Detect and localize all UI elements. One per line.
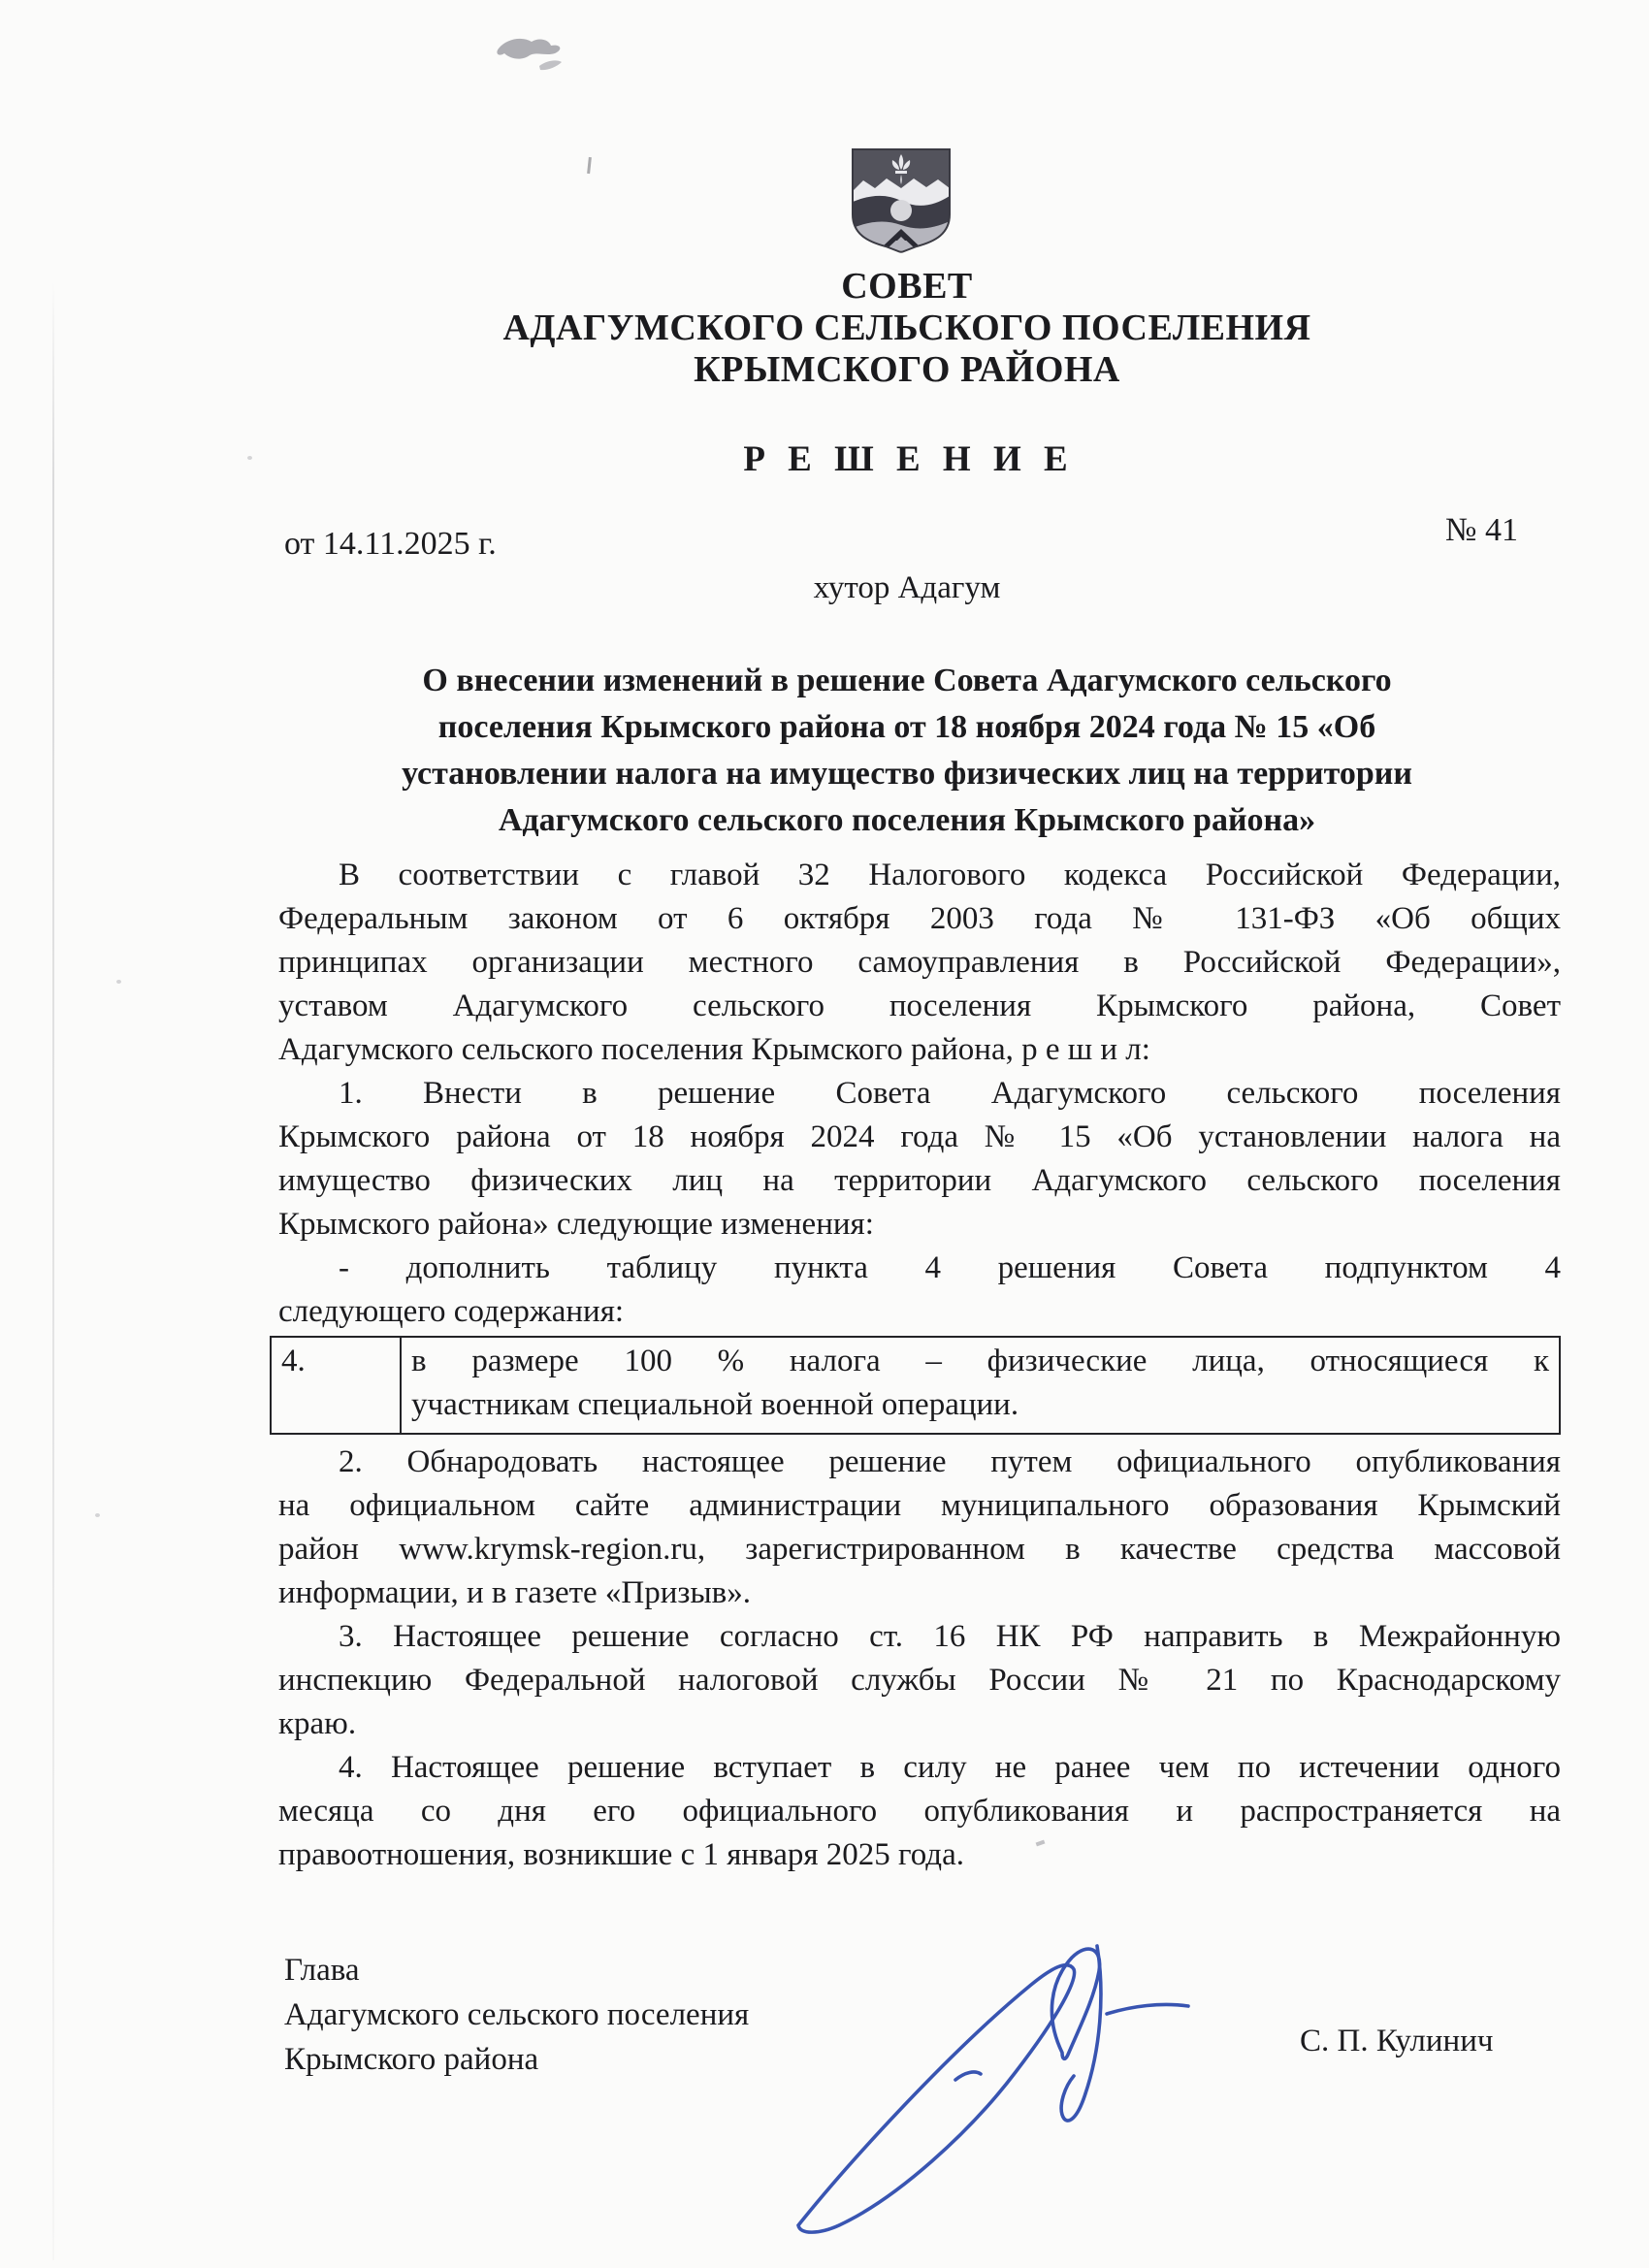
table-row: 4. в размере 100 % налога – физические л…: [271, 1337, 1560, 1434]
table-cell-number: 4.: [271, 1337, 401, 1434]
text-line: информации, и в газете «Призыв».: [278, 1571, 1561, 1615]
text-line: месяца со дня его официального опубликов…: [278, 1790, 1561, 1833]
table-cell-text: в размере 100 % налога – физические лица…: [401, 1337, 1560, 1434]
text-line: В соответствии с главой 32 Налогового ко…: [278, 854, 1561, 897]
text-line: Федеральным законом от 6 октября 2003 го…: [278, 897, 1561, 941]
text-line: на официальном сайте администрации муниц…: [278, 1484, 1561, 1528]
title-line: О внесении изменений в решение Совета Ад…: [320, 658, 1494, 704]
text-line: 4. Настоящее решение вступает в силу не …: [278, 1746, 1561, 1790]
paragraph: 4. Настоящее решение вступает в силу не …: [278, 1746, 1561, 1877]
org-header: СОВЕТ АДАГУМСКОГО СЕЛЬСКОГО ПОСЕЛЕНИЯ КР…: [184, 266, 1630, 391]
signer-post: Глава Адагумского сельского поселения Кр…: [284, 1948, 749, 2082]
scan-speck: [116, 980, 121, 984]
text-line: Крымского района» следующие изменения:: [278, 1203, 1561, 1247]
text-line: - дополнить таблицу пункта 4 решения Сов…: [278, 1247, 1561, 1290]
scan-smudge: [493, 33, 568, 80]
paragraph: 3. Настоящее решение согласно ст. 16 НК …: [278, 1615, 1561, 1746]
signer-post-line: Адагумского сельского поселения: [284, 1993, 749, 2037]
text-line: принципах организации местного самоуправ…: [278, 941, 1561, 985]
doc-type-heading: Р Е Ш Е Н И Е: [184, 438, 1630, 480]
doc-number: № 41: [1445, 512, 1518, 549]
text-line: район www.krymsk-region.ru, зарегистриро…: [278, 1528, 1561, 1571]
handwritten-signature: [771, 1923, 1285, 2248]
signer-post-line: Крымского района: [284, 2037, 749, 2082]
paragraph: 2. Обнародовать настоящее решение путем …: [278, 1441, 1561, 1615]
paragraph: 1. Внести в решение Совета Адагумского с…: [278, 1072, 1561, 1247]
text-line: уставом Адагумского сельского поселения …: [278, 985, 1561, 1028]
scan-tick: [587, 157, 592, 174]
coat-of-arms-icon: [846, 146, 956, 256]
text-line: 2. Обнародовать настоящее решение путем …: [278, 1441, 1561, 1484]
doc-title: О внесении изменений в решение Совета Ад…: [320, 658, 1494, 844]
paragraph: В соответствии с главой 32 Налогового ко…: [278, 854, 1561, 1072]
title-line: установлении налога на имущество физичес…: [320, 751, 1494, 797]
doc-body: В соответствии с главой 32 Налогового ко…: [278, 854, 1561, 1877]
amendment-table: 4. в размере 100 % налога – физические л…: [270, 1336, 1561, 1435]
text-line: имущество физических лиц на территории А…: [278, 1159, 1561, 1203]
org-line: АДАГУМСКОГО СЕЛЬСКОГО ПОСЕЛЕНИЯ: [184, 308, 1630, 349]
text-line: участникам специальной военной операции.: [411, 1383, 1549, 1427]
meta-row: от 14.11.2025 г. № 41: [284, 526, 1518, 563]
text-line: Крымского района от 18 ноября 2024 года …: [278, 1116, 1561, 1159]
text-line: Адагумского сельского поселения Крымског…: [278, 1028, 1561, 1072]
scan-speck: [95, 1513, 100, 1517]
signer-post-line: Глава: [284, 1948, 749, 1993]
text-line: следующего содержания:: [278, 1290, 1561, 1334]
scan-streak: [52, 281, 54, 2260]
title-line: поселения Крымского района от 18 ноября …: [320, 704, 1494, 751]
paragraph: - дополнить таблицу пункта 4 решения Сов…: [278, 1247, 1561, 1334]
doc-place: хутор Адагум: [184, 570, 1630, 606]
signer-name: С. П. Кулинич: [1300, 2024, 1493, 2059]
org-line: КРЫМСКОГО РАЙОНА: [184, 349, 1630, 391]
scanned-document-page: СОВЕТ АДАГУМСКОГО СЕЛЬСКОГО ПОСЕЛЕНИЯ КР…: [0, 0, 1649, 2268]
text-line: в размере 100 % налога – физические лица…: [411, 1340, 1549, 1383]
text-line: 3. Настоящее решение согласно ст. 16 НК …: [278, 1615, 1561, 1659]
text-line: инспекцию Федеральной налоговой службы Р…: [278, 1659, 1561, 1702]
title-line: Адагумского сельского поселения Крымског…: [320, 797, 1494, 844]
text-line: 1. Внести в решение Совета Адагумского с…: [278, 1072, 1561, 1116]
text-line: правоотношения, возникшие с 1 января 202…: [278, 1833, 1561, 1877]
org-line: СОВЕТ: [184, 266, 1630, 308]
doc-date: от 14.11.2025 г.: [284, 526, 497, 562]
text-line: краю.: [278, 1702, 1561, 1746]
